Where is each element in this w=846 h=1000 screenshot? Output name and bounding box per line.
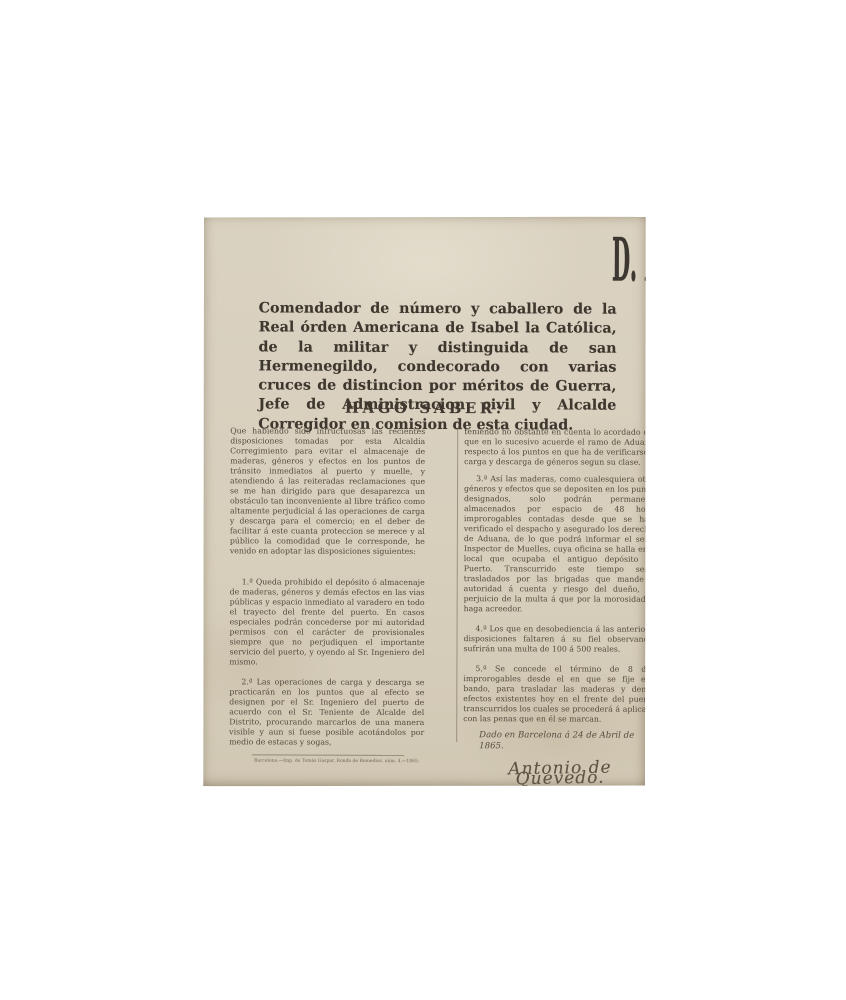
disposition-3-paragraph: 3.ª Así las maderas, como cualesquiera o… [464,474,658,615]
signature-handwritten: Antonio de Quevedo. [463,762,657,785]
broadside-poster: D. ANTONIO DE QUEVEDO Y DONIS Comendador… [202,215,647,788]
poster-title: D. ANTONIO DE QUEVEDO Y DONIS [204,229,647,291]
poster-title-text: D. ANTONIO DE QUEVEDO Y DONIS [612,231,846,293]
column-divider-rule [456,428,458,742]
printer-imprint-block: Barcelona.—Imp. de Tomás Gaspar, Ronda d… [252,754,404,767]
printer-imprint: Barcelona.—Imp. de Tomás Gaspar, Ronda d… [254,757,344,763]
right-column: teniendo no obstante en cuenta lo acorda… [463,427,658,784]
left-column: Que habiendo sido infructuosas las recie… [229,426,425,748]
disposition-2-continuation-paragraph: teniendo no obstante en cuenta lo acorda… [464,427,658,468]
disposition-1-paragraph: 1.ª Queda prohibido el depósito ó almace… [229,577,424,668]
dateline: Dado en Barcelona á 24 de Abril de 1865. [463,730,657,753]
disposition-5-paragraph: 5.ª Se concede el término de 8 dias impr… [463,664,657,725]
disposition-4-paragraph: 4.ª Los que en desobediencia á las anter… [463,624,657,655]
photo-background: D. ANTONIO DE QUEVEDO Y DONIS Comendador… [0,0,846,1000]
intro-paragraph: Que habiendo sido infructuosas las recie… [230,426,425,557]
imprint-rule [252,754,404,756]
proclamation-heading: HAGO SABER: [203,398,646,418]
disposition-2-paragraph: 2.ª Las operaciones de carga y descarga … [229,677,424,748]
